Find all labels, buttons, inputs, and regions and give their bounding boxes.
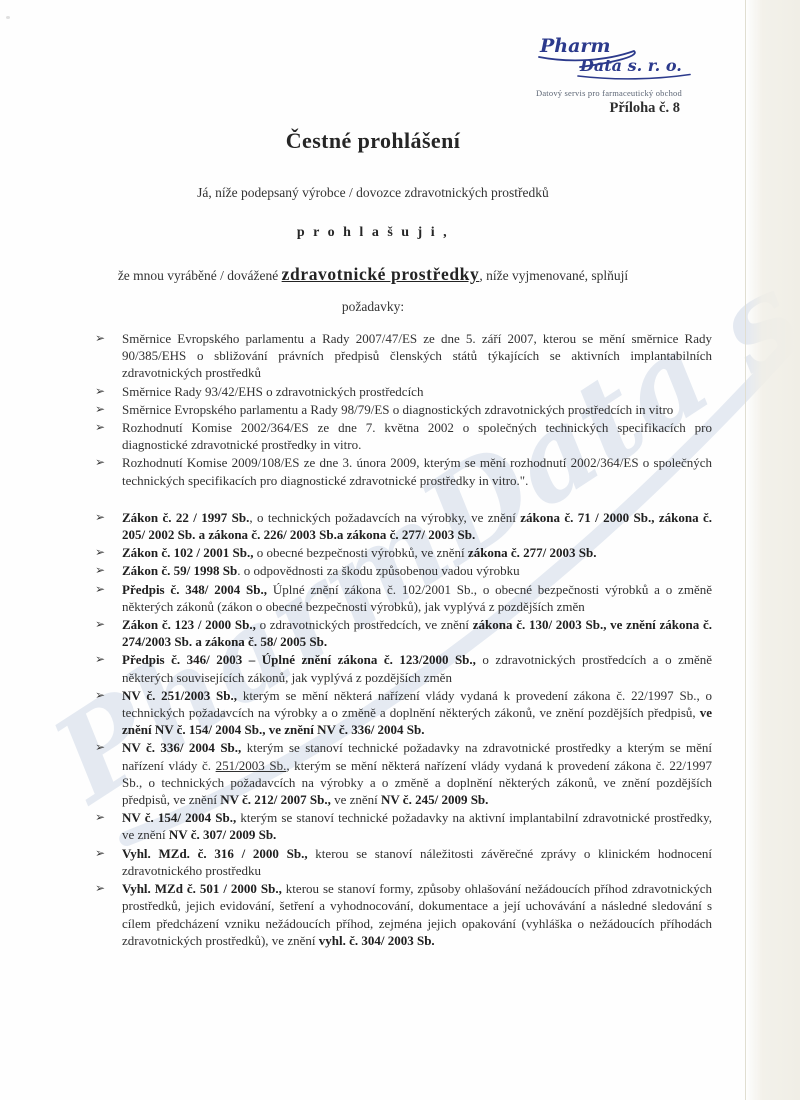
list-item: ➢Zákon č. 123 / 2000 Sb., o zdravotnický… (90, 616, 712, 650)
arrow-bullet-icon: ➢ (95, 651, 105, 668)
attachment-number: Příloha č. 8 (610, 100, 680, 117)
list-item-text: Předpis č. 346/ 2003 – Úplné znění zákon… (122, 652, 712, 684)
compliance-line: že mnou vyráběné / dovážené zdravotnické… (62, 264, 684, 285)
arrow-bullet-icon: ➢ (95, 616, 105, 633)
list-item: ➢NV č. 336/ 2004 Sb., kterým se stanoví … (90, 739, 712, 808)
scan-speck (6, 16, 10, 19)
list-item: ➢Směrnice Evropského parlamentu a Rady 9… (90, 401, 712, 418)
list-item-text: NV č. 154/ 2004 Sb., kterým se stanoví t… (122, 810, 712, 842)
arrow-bullet-icon: ➢ (95, 562, 105, 579)
list-item: ➢Rozhodnutí Komise 2009/108/ES ze dne 3.… (90, 454, 712, 488)
list-item: ➢Rozhodnutí Komise 2002/364/ES ze dne 7.… (90, 419, 712, 453)
logo-text-data: Data s. r. o. (579, 56, 682, 75)
arrow-bullet-icon: ➢ (95, 509, 105, 526)
compliance-tail: požadavky: (62, 299, 684, 315)
list-item: ➢Zákon č. 59/ 1998 Sb. o odpovědnosti za… (90, 562, 712, 579)
declaration-word: p r o h l a š u j i , (62, 225, 684, 241)
logo-text-pharm: Pharm (539, 35, 611, 57)
list-item-text: Směrnice Evropského parlamentu a Rady 98… (122, 402, 673, 417)
letterhead: Pharm Data s. r. o. Datový servis pro fa… (534, 34, 696, 98)
compliance-prefix: že mnou vyráběné / dovážené (118, 268, 282, 283)
list-item: ➢Zákon č. 22 / 1997 Sb., o technických p… (90, 509, 712, 543)
list-item: ➢Předpis č. 346/ 2003 – Úplné znění záko… (90, 651, 712, 685)
arrow-bullet-icon: ➢ (95, 845, 105, 862)
arrow-bullet-icon: ➢ (95, 581, 105, 598)
scan-edge-shadow (745, 0, 800, 1100)
list-item: ➢NV č. 154/ 2004 Sb., kterým se stanoví … (90, 809, 712, 843)
list-item: ➢Zákon č. 102 / 2001 Sb., o obecné bezpe… (90, 544, 712, 561)
list-item: ➢NV č. 251/2003 Sb., kterým se mění někt… (90, 687, 712, 739)
eu-directives-list: ➢Směrnice Evropského parlamentu a Rady 2… (90, 330, 712, 489)
list-item: ➢Vyhl. MZd č. 501 / 2000 Sb., kterou se … (90, 880, 712, 949)
arrow-bullet-icon: ➢ (95, 454, 105, 471)
arrow-bullet-icon: ➢ (95, 739, 105, 756)
arrow-bullet-icon: ➢ (95, 880, 105, 897)
compliance-suffix: , níže vyjmenované, splňují (479, 268, 628, 283)
list-item: ➢Směrnice Evropského parlamentu a Rady 2… (90, 330, 712, 382)
scanned-document-page: PharmData s.r.o. Pharm Data s. r. o. Dat… (0, 0, 800, 1100)
document-title: Čestné prohlášení (62, 128, 684, 154)
list-item-text: NV č. 336/ 2004 Sb., kterým se stanoví t… (122, 740, 712, 807)
list-item-text: NV č. 251/2003 Sb., kterým se mění někte… (122, 688, 712, 737)
list-item-text: Zákon č. 22 / 1997 Sb., o technických po… (122, 510, 712, 542)
list-item: ➢Předpis č. 348/ 2004 Sb., Úplné znění z… (90, 581, 712, 615)
arrow-bullet-icon: ➢ (95, 544, 105, 561)
intro-line: Já, níže podepsaný výrobce / dovozce zdr… (62, 185, 684, 201)
czech-laws-list: ➢Zákon č. 22 / 1997 Sb., o technických p… (90, 509, 712, 949)
arrow-bullet-icon: ➢ (95, 330, 105, 347)
list-item-text: Předpis č. 348/ 2004 Sb., Úplné znění zá… (122, 582, 712, 614)
list-item-text: Rozhodnutí Komise 2009/108/ES ze dne 3. … (122, 455, 712, 487)
list-item: ➢Vyhl. MZd. č. 316 / 2000 Sb., kterou se… (90, 845, 712, 879)
list-item: ➢Směrnice Rady 93/42/EHS o zdravotnickýc… (90, 383, 712, 400)
list-item-text: Rozhodnutí Komise 2002/364/ES ze dne 7. … (122, 420, 712, 452)
logo-tagline: Datový servis pro farmaceutický obchod (536, 88, 696, 98)
logo-swoosh-bottom (578, 75, 690, 79)
list-item-text: Směrnice Rady 93/42/EHS o zdravotnických… (122, 384, 423, 399)
arrow-bullet-icon: ➢ (95, 401, 105, 418)
list-item-text: Zákon č. 102 / 2001 Sb., o obecné bezpeč… (122, 545, 597, 560)
arrow-bullet-icon: ➢ (95, 809, 105, 826)
list-item-text: Vyhl. MZd. č. 316 / 2000 Sb., kterou se … (122, 846, 712, 878)
arrow-bullet-icon: ➢ (95, 383, 105, 400)
arrow-bullet-icon: ➢ (95, 419, 105, 436)
pharmdata-logo: Pharm Data s. r. o. (534, 34, 696, 82)
compliance-emphasis: zdravotnické prostředky (282, 264, 480, 284)
list-item-text: Vyhl. MZd č. 501 / 2000 Sb., kterou se s… (122, 881, 712, 948)
arrow-bullet-icon: ➢ (95, 687, 105, 704)
list-item-text: Směrnice Evropského parlamentu a Rady 20… (122, 331, 712, 380)
list-item-text: Zákon č. 123 / 2000 Sb., o zdravotnickýc… (122, 617, 712, 649)
document-body: Čestné prohlášení Já, níže podepsaný výr… (90, 128, 712, 950)
list-item-text: Zákon č. 59/ 1998 Sb. o odpovědnosti za … (122, 563, 520, 578)
